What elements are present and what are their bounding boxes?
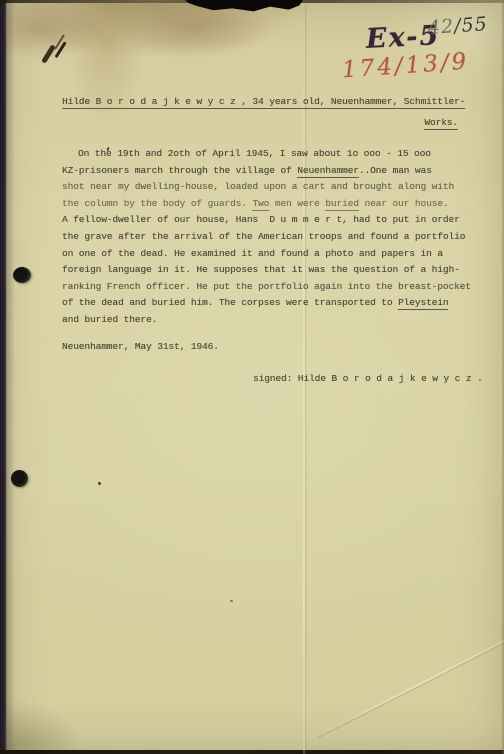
underlined-text: Neuenhammer: [297, 165, 359, 178]
document-title: Hilde B o r o d a j k e w y c z , 34 yea…: [62, 91, 491, 133]
red-reference-annotation: 174/13/9: [341, 49, 470, 84]
typed-text: men were: [269, 198, 325, 209]
typed-line: On the 19th and 2oth of April 1945, I sa…: [62, 146, 482, 163]
typed-text: ranking French officer. He put the portf…: [62, 281, 471, 292]
typed-line: ranking French officer. He put the portf…: [62, 279, 482, 296]
page-number-dark: /55: [453, 13, 488, 37]
diagonal-crease: [318, 631, 504, 737]
typed-text: of the dead and buried him. The corpses …: [62, 297, 398, 308]
ink-smudge: [41, 44, 56, 64]
title-line-1: Hilde B o r o d a j k e w y c z , 34 yea…: [62, 91, 491, 112]
underlined-text: Pleystein: [398, 297, 448, 310]
typed-text: the column by the body of guards.: [62, 198, 252, 209]
title-line-1-text: Hilde B o r o d a j k e w y c z , 34 yea…: [62, 96, 465, 109]
bottom-page-edge: [0, 750, 504, 754]
typed-text: KZ-prisoners march through the village o…: [62, 165, 297, 176]
title-line-2: Works.: [62, 112, 491, 133]
typed-line: and buried there.: [62, 312, 482, 329]
torn-edge: [185, 0, 303, 12]
left-binding-edge: [0, 0, 7, 754]
signature-line: signed: Hilde B o r o d a j k e w y c z …: [253, 373, 483, 384]
typed-line: on one of the dead. He examined it and f…: [62, 246, 482, 263]
typed-text: A fellow-dweller of our house, Hans D u …: [62, 214, 460, 225]
underlined-text: Two: [252, 198, 269, 211]
typed-text: On the 19th and 2oth of April 1945, I sa…: [78, 148, 431, 159]
typed-text: ..One man was: [359, 165, 432, 176]
typed-line: A fellow-dweller of our house, Hans D u …: [62, 212, 482, 229]
typed-line: KZ-prisoners march through the village o…: [62, 163, 482, 180]
date-line: Neuenhammer, May 31st, 1946.: [62, 341, 219, 352]
paper-speck: [98, 482, 101, 485]
page-number-annotation: 42/55: [427, 13, 488, 39]
typed-text: and buried there.: [62, 314, 157, 325]
scanned-document-page: Ex-5 42/55 174/13/9 Hilde B o r o d a j …: [0, 0, 504, 754]
punch-hole-top: [13, 267, 31, 283]
body-text: On the 19th and 2oth of April 1945, I sa…: [62, 146, 482, 329]
typed-text: on one of the dead. He examined it and f…: [62, 248, 443, 259]
typed-line: shot near my dwelling-house, loaded upon…: [62, 179, 482, 196]
typed-line: foreign language in it. He supposes that…: [62, 262, 482, 279]
typed-line: the column by the body of guards. Two me…: [62, 196, 482, 213]
typed-text: the grave after the arrival of the Ameri…: [62, 231, 465, 242]
typed-line: of the dead and buried him. The corpses …: [62, 295, 482, 312]
page-number-light: 42: [427, 15, 455, 39]
title-line-2-text: Works.: [424, 117, 458, 130]
typed-text: foreign language in it. He supposes that…: [62, 264, 460, 275]
typed-line: the grave after the arrival of the Ameri…: [62, 229, 482, 246]
punch-hole-bottom: [11, 470, 28, 487]
underlined-text: buried: [325, 198, 359, 211]
left-edge-shadow: [7, 0, 15, 754]
typed-text: near our house.: [359, 198, 449, 209]
typed-text: shot near my dwelling-house, loaded upon…: [62, 181, 454, 192]
paper-speck: [230, 600, 233, 602]
